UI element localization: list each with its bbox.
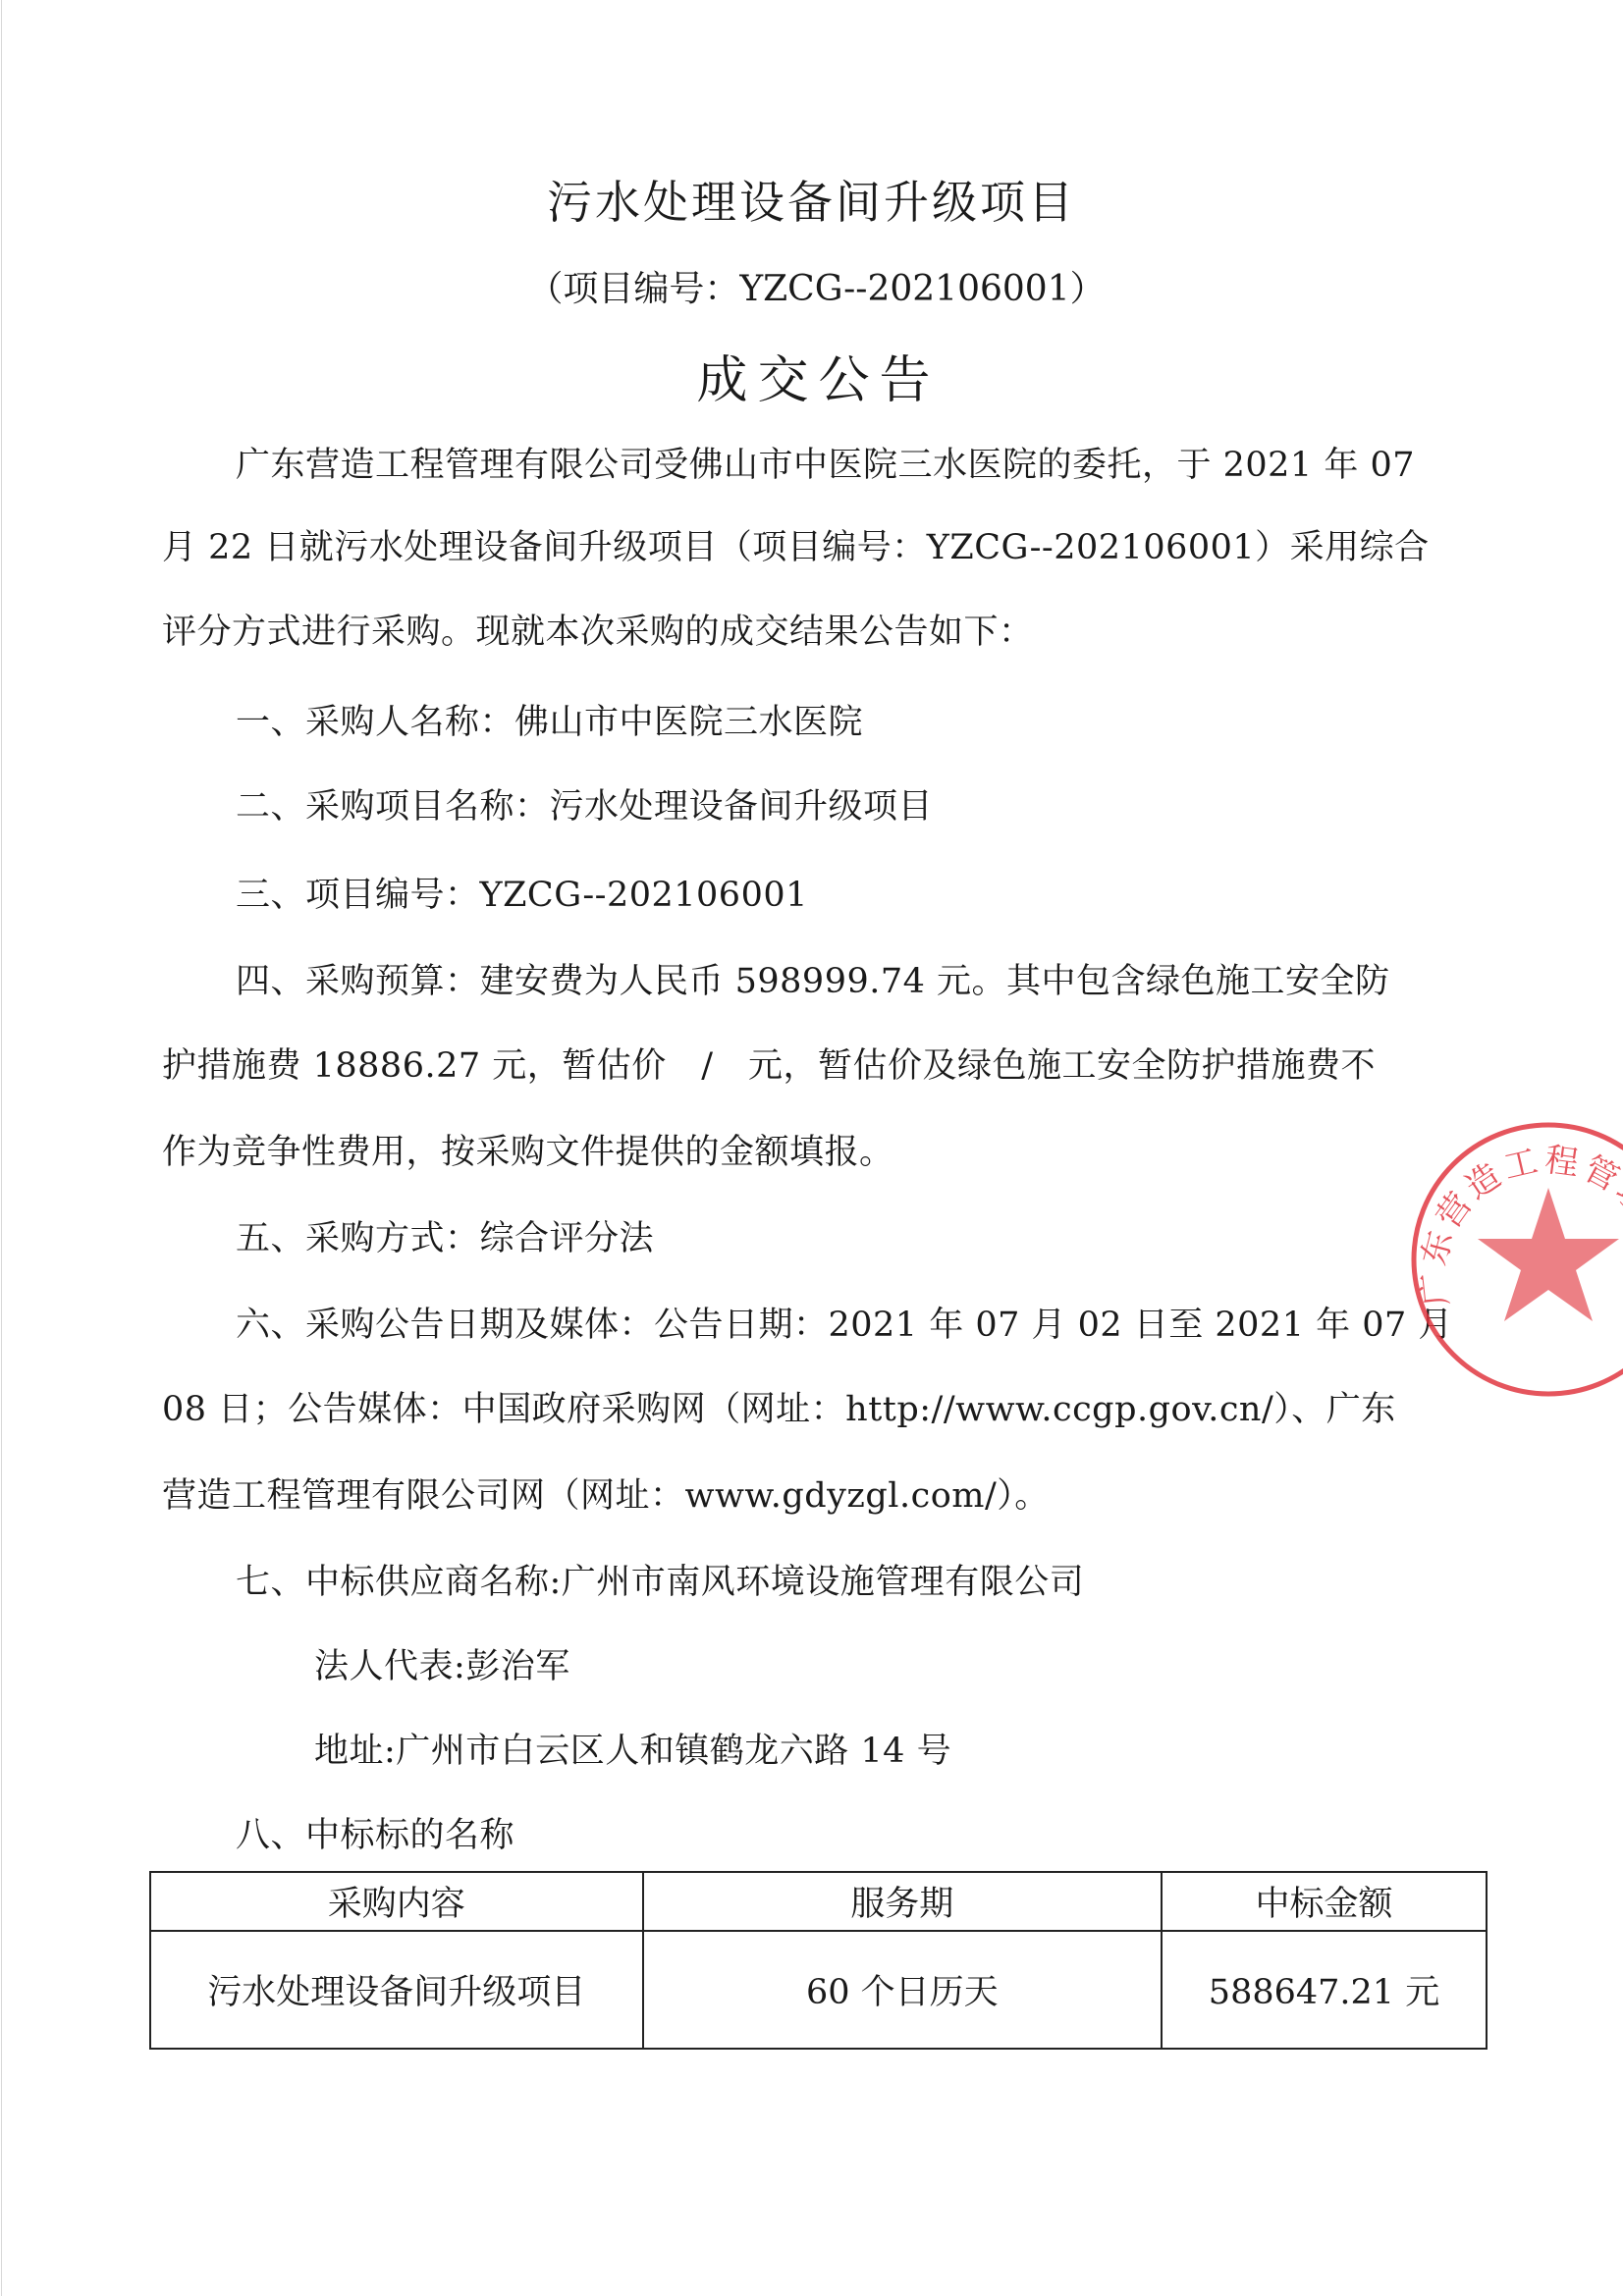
- scan-edge-line: [1, 0, 2, 2296]
- supplier-legal-rep: 法人代表:彭治军: [314, 1645, 570, 1688]
- section-award-subject: 八、中标标的名称: [236, 1814, 514, 1857]
- section-announcement-line-2: 08 日；公告媒体：中国政府采购网（网址：http://www.ccgp.gov…: [162, 1388, 1396, 1431]
- section-purchaser: 一、采购人名称：佛山市中医院三水医院: [236, 701, 863, 744]
- section-project-name: 二、采购项目名称：污水处理设备间升级项目: [236, 785, 933, 828]
- intro-line-3: 评分方式进行采购。现就本次采购的成交结果公告如下：: [162, 611, 1034, 654]
- table-header-row: 采购内容 服务期 中标金额: [150, 1872, 1487, 1931]
- section-budget-line-2: 护措施费 18886.27 元，暂估价 / 元，暂估价及绿色施工安全防护措施费不: [162, 1044, 1376, 1088]
- table-row: 污水处理设备间升级项目 60 个日历天 588647.21 元: [150, 1931, 1487, 2049]
- section-announcement-line-1: 六、采购公告日期及媒体：公告日期：2021 年 07 月 02 日至 2021 …: [236, 1304, 1453, 1347]
- section-budget-line-1: 四、采购预算：建安费为人民币 598999.74 元。其中包含绿色施工安全防: [236, 960, 1390, 1003]
- section-supplier: 七、中标供应商名称:广州市南风环境设施管理有限公司: [236, 1561, 1084, 1604]
- project-code-subtitle: （项目编号：YZCG--202106001）: [0, 267, 1623, 312]
- company-seal-stamp-icon: 广东营造工程管理有限公司: [1406, 1117, 1623, 1402]
- header-purchase-content: 采购内容: [150, 1872, 643, 1931]
- header-award-amount: 中标金额: [1162, 1872, 1487, 1931]
- intro-line-1: 广东营造工程管理有限公司受佛山市中医院三水医院的委托，于 2021 年 07: [236, 444, 1415, 487]
- section-budget-line-3: 作为竞争性费用，按采购文件提供的金额填报。: [162, 1131, 894, 1174]
- document-title: 污水处理设备间升级项目: [0, 175, 1623, 230]
- cell-service-period: 60 个日历天: [643, 1931, 1162, 2049]
- section-method: 五、采购方式：综合评分法: [236, 1217, 654, 1260]
- cell-purchase-content: 污水处理设备间升级项目: [150, 1931, 643, 2049]
- cell-award-amount: 588647.21 元: [1162, 1931, 1487, 2049]
- header-service-period: 服务期: [643, 1872, 1162, 1931]
- section-announcement-line-3: 营造工程管理有限公司网（网址：www.gdyzgl.com/）。: [162, 1474, 1050, 1518]
- supplier-address: 地址:广州市白云区人和镇鹤龙六路 14 号: [314, 1730, 951, 1773]
- award-table: 采购内容 服务期 中标金额 污水处理设备间升级项目 60 个日历天 588647…: [149, 1871, 1488, 2050]
- intro-line-2: 月 22 日就污水处理设备间升级项目（项目编号：YZCG--202106001）…: [162, 526, 1430, 569]
- announcement-heading: 成交公告: [0, 349, 1623, 412]
- section-project-code: 三、项目编号：YZCG--202106001: [236, 874, 808, 917]
